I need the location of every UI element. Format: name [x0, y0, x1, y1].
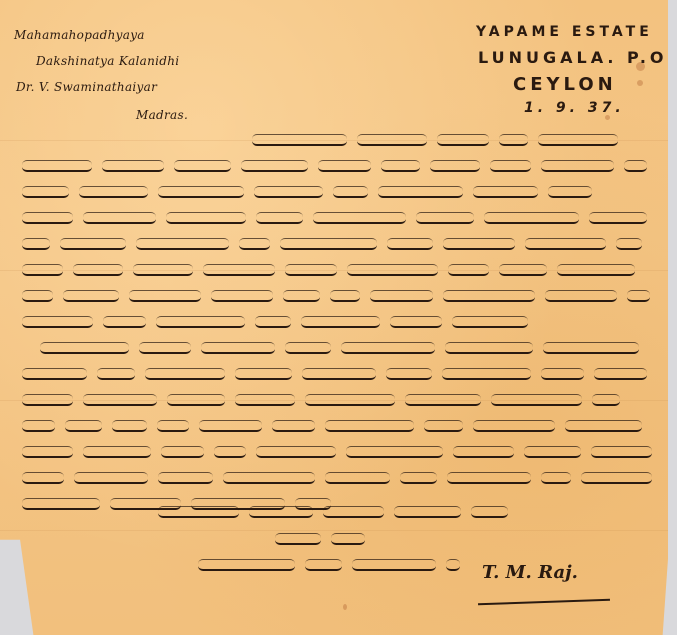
- body-line: [22, 466, 652, 488]
- handwritten-word: [545, 290, 617, 302]
- handwritten-word: [74, 472, 148, 484]
- handwritten-word: [473, 186, 538, 198]
- handwritten-word: [491, 394, 582, 406]
- handwritten-word: [102, 160, 164, 172]
- handwritten-word: [158, 506, 239, 518]
- handwritten-word: [557, 264, 635, 276]
- handwritten-word: [235, 368, 292, 380]
- body-line: [22, 232, 642, 254]
- handwritten-word: [453, 446, 514, 458]
- handwritten-word: [280, 238, 377, 250]
- handwritten-word: [22, 420, 55, 432]
- handwritten-word: [624, 160, 647, 172]
- handwritten-word: [541, 160, 614, 172]
- handwritten-word: [387, 238, 433, 250]
- handwritten-word: [627, 290, 650, 302]
- handwritten-word: [22, 472, 64, 484]
- handwritten-word: [430, 160, 480, 172]
- handwritten-word: [305, 559, 342, 571]
- sender-country: CEYLON: [513, 74, 617, 95]
- handwritten-word: [446, 559, 460, 571]
- body-line: [40, 336, 645, 358]
- handwritten-word: [541, 472, 571, 484]
- handwritten-word: [378, 186, 463, 198]
- handwritten-word: [22, 264, 63, 276]
- handwritten-word: [283, 290, 320, 302]
- recipient-line-1: Mahamahopadhyaya: [14, 28, 145, 42]
- handwritten-word: [325, 420, 414, 432]
- handwritten-word: [473, 420, 555, 432]
- handwritten-word: [323, 506, 384, 518]
- handwritten-word: [174, 160, 231, 172]
- closing-line: [198, 553, 460, 575]
- handwritten-word: [524, 446, 581, 458]
- body-line: [22, 440, 652, 462]
- handwritten-word: [548, 186, 592, 198]
- handwritten-word: [302, 368, 376, 380]
- handwritten-word: [443, 290, 535, 302]
- handwritten-word: [591, 446, 652, 458]
- handwritten-word: [443, 238, 515, 250]
- handwritten-word: [490, 160, 531, 172]
- handwritten-word: [83, 446, 151, 458]
- handwritten-word: [437, 134, 489, 146]
- handwritten-word: [499, 134, 528, 146]
- handwritten-word: [203, 264, 275, 276]
- handwritten-word: [22, 498, 100, 510]
- body-line: [22, 310, 542, 332]
- handwritten-word: [594, 368, 647, 380]
- handwritten-word: [256, 446, 336, 458]
- handwritten-word: [60, 238, 126, 250]
- handwritten-word: [325, 472, 390, 484]
- handwritten-word: [103, 316, 146, 328]
- handwritten-word: [442, 368, 531, 380]
- handwritten-word: [447, 472, 531, 484]
- handwritten-word: [285, 342, 331, 354]
- handwritten-word: [313, 212, 406, 224]
- handwritten-word: [400, 472, 437, 484]
- handwritten-word: [386, 368, 432, 380]
- handwritten-word: [133, 264, 193, 276]
- handwritten-word: [139, 342, 191, 354]
- handwritten-word: [484, 212, 579, 224]
- handwritten-word: [256, 212, 303, 224]
- handwritten-word: [452, 316, 528, 328]
- handwritten-word: [129, 290, 201, 302]
- handwritten-word: [525, 238, 606, 250]
- handwritten-word: [22, 394, 73, 406]
- handwritten-word: [318, 160, 371, 172]
- handwritten-word: [167, 394, 225, 406]
- stain-spot: [637, 80, 643, 86]
- handwritten-word: [79, 186, 148, 198]
- handwritten-word: [424, 420, 463, 432]
- handwritten-word: [543, 342, 639, 354]
- closing-line: [158, 500, 508, 522]
- sender-estate: YAPAME ESTATE: [476, 24, 653, 40]
- body-line: [252, 128, 632, 150]
- handwritten-word: [223, 472, 315, 484]
- handwritten-word: [201, 342, 275, 354]
- body-line: [22, 362, 647, 384]
- handwritten-word: [405, 394, 481, 406]
- body-line: [22, 154, 647, 176]
- handwritten-word: [252, 134, 347, 146]
- signature: T. M. Raj.: [482, 562, 578, 583]
- handwritten-word: [341, 342, 435, 354]
- handwritten-word: [471, 506, 508, 518]
- handwritten-word: [22, 238, 50, 250]
- handwritten-word: [538, 134, 618, 146]
- handwritten-word: [83, 212, 156, 224]
- body-line: [22, 180, 592, 202]
- handwritten-word: [40, 342, 129, 354]
- handwritten-word: [158, 472, 213, 484]
- handwritten-word: [416, 212, 474, 224]
- body-line: [22, 258, 650, 280]
- handwritten-word: [445, 342, 533, 354]
- body-line: [22, 414, 642, 436]
- handwritten-word: [352, 559, 436, 571]
- handwritten-word: [112, 420, 147, 432]
- closing-line: [275, 527, 365, 549]
- handwritten-word: [22, 186, 69, 198]
- handwritten-word: [156, 316, 245, 328]
- handwritten-word: [22, 290, 53, 302]
- handwritten-word: [589, 212, 647, 224]
- handwritten-word: [581, 472, 652, 484]
- handwritten-word: [214, 446, 246, 458]
- handwritten-word: [158, 186, 244, 198]
- handwritten-word: [211, 290, 273, 302]
- body-line: [22, 284, 650, 306]
- sender-post-office: LUNUGALA. P.O.: [478, 48, 677, 67]
- handwritten-word: [65, 420, 102, 432]
- handwritten-word: [616, 238, 642, 250]
- signature-underline: [478, 599, 610, 606]
- handwritten-word: [347, 264, 438, 276]
- handwritten-word: [157, 420, 189, 432]
- handwritten-word: [22, 160, 92, 172]
- handwritten-word: [394, 506, 461, 518]
- handwritten-word: [254, 186, 323, 198]
- body-line: [22, 206, 647, 228]
- handwritten-word: [22, 316, 93, 328]
- letter-date: 1. 9. 37.: [524, 100, 625, 116]
- body-line: [22, 388, 620, 410]
- handwritten-word: [239, 238, 270, 250]
- handwritten-word: [448, 264, 489, 276]
- handwritten-word: [235, 394, 295, 406]
- handwritten-word: [63, 290, 119, 302]
- recipient-line-4: Madras.: [136, 108, 188, 122]
- handwritten-word: [166, 212, 246, 224]
- handwritten-word: [357, 134, 427, 146]
- handwritten-word: [73, 264, 123, 276]
- handwritten-word: [499, 264, 547, 276]
- handwritten-word: [330, 290, 360, 302]
- handwritten-word: [370, 290, 433, 302]
- handwritten-word: [331, 533, 365, 545]
- handwritten-word: [198, 559, 295, 571]
- handwritten-word: [22, 446, 73, 458]
- handwritten-word: [97, 368, 135, 380]
- handwritten-word: [565, 420, 642, 432]
- handwritten-word: [249, 506, 313, 518]
- handwritten-word: [346, 446, 443, 458]
- handwritten-word: [285, 264, 337, 276]
- handwritten-word: [161, 446, 204, 458]
- handwritten-word: [199, 420, 262, 432]
- handwritten-word: [255, 316, 291, 328]
- handwritten-word: [145, 368, 225, 380]
- handwritten-word: [301, 316, 380, 328]
- recipient-line-2: Dakshinatya Kalanidhi: [36, 54, 179, 68]
- handwritten-word: [333, 186, 368, 198]
- stain-spot: [343, 604, 347, 610]
- handwritten-word: [22, 368, 87, 380]
- handwritten-word: [541, 368, 584, 380]
- handwritten-word: [592, 394, 620, 406]
- handwritten-word: [305, 394, 395, 406]
- recipient-line-3: Dr. V. Swaminathaiyar: [16, 80, 157, 94]
- handwritten-word: [83, 394, 157, 406]
- handwritten-word: [22, 212, 73, 224]
- handwritten-word: [390, 316, 442, 328]
- letter-paper: Mahamahopadhyaya Dakshinatya Kalanidhi D…: [0, 0, 668, 635]
- handwritten-word: [136, 238, 229, 250]
- handwritten-word: [275, 533, 321, 545]
- handwritten-word: [272, 420, 315, 432]
- handwritten-word: [241, 160, 308, 172]
- handwritten-word: [381, 160, 420, 172]
